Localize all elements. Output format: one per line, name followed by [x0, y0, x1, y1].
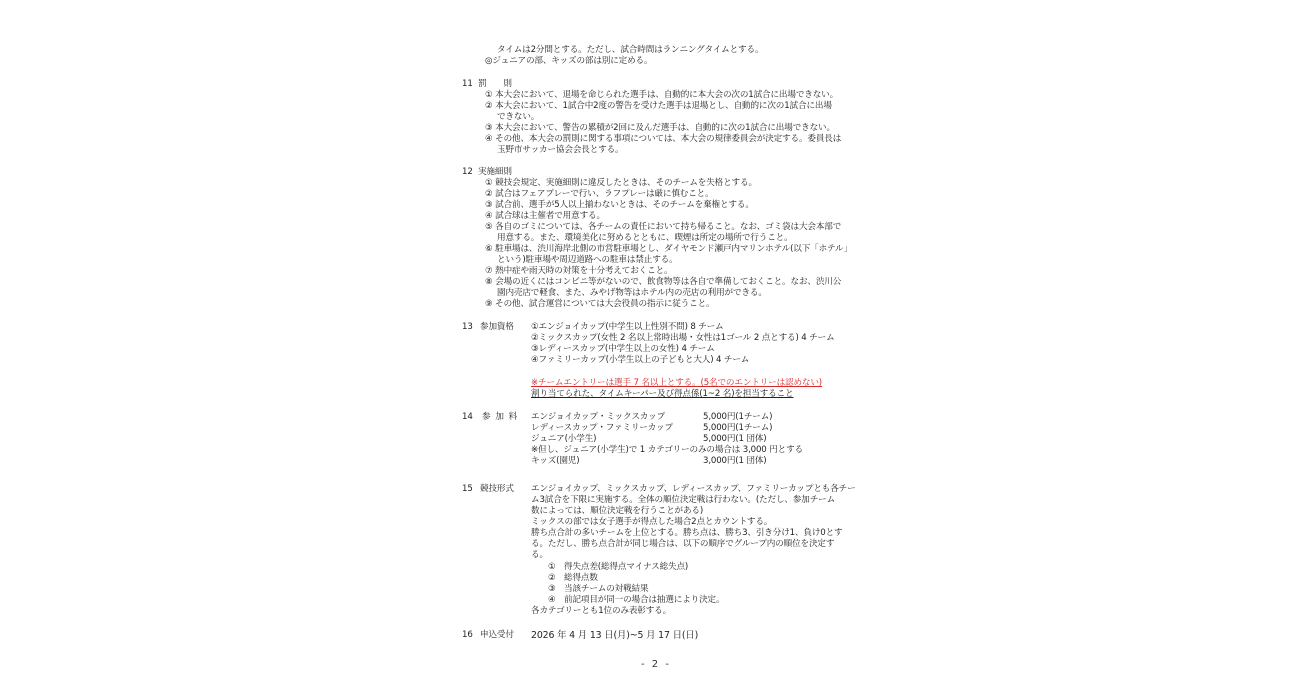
award-note: 各カテゴリーとも1位のみ表彰する。 — [531, 606, 671, 617]
section-title: 参加資格 — [480, 322, 514, 333]
rule-item: ⑨ その他、試合運営については大会役員の指示に従うこと。 — [485, 299, 715, 310]
rule-item-continuation: 園内売店で軽食、また、みやげ物等はホテル内の売店の利用ができる。 — [497, 288, 767, 299]
timekeeper-note: 割り当てられた、タイムキーパー及び得点係(1~2 名)を担当すること — [531, 389, 794, 400]
fee-category: ジュニア(小学生) — [531, 434, 596, 445]
rule-item-continuation: という)駐車場や周辺道路への駐車は禁止する。 — [497, 255, 678, 266]
intro-line: ◎ジュニアの部、キッズの部は別に定める。 — [485, 56, 652, 67]
entry-requirement-note: ※チームエントリーは選手 7 名以上とする。(5名でのエントリーは認めない) — [531, 378, 822, 389]
tiebreaker-item: ④ 前記項目が同一の場合は抽選により決定。 — [548, 595, 724, 606]
fee-category: キッズ(園児) — [531, 456, 579, 467]
section-title: 競技形式 — [480, 484, 514, 495]
tiebreaker-item: ② 総得点数 — [548, 573, 598, 584]
rule-item: ⑦ 熱中症や雨天時の対策を十分考えておくこと。 — [485, 266, 672, 277]
format-line: る。 — [531, 550, 548, 561]
format-line: エンジョイカップ、ミックスカップ、レディースカップ、ファミリーカップとも各チー — [531, 484, 856, 495]
fee-amount: 5,000円(1チーム) — [703, 412, 772, 423]
intro-line: タイムは2分間とする。ただし、試合時間はランニングタイムとする。 — [497, 45, 763, 56]
eligibility-item: ③レディースカップ(中学生以上の女性) 4 チーム — [531, 344, 715, 355]
tiebreaker-item: ③ 当該チームの対戦結果 — [548, 584, 648, 595]
eligibility-item: ②ミックスカップ(女性 2 名以上常時出場・女性は1ゴール 2 点とする) 4 … — [531, 333, 835, 344]
rule-item: ③ 試合前、選手が5人以上揃わないときは、そのチームを棄権とする。 — [485, 200, 754, 211]
fee-amount: 5,000円(1 団体) — [703, 434, 767, 445]
section-number: 14 — [462, 412, 473, 423]
section-title: 申込受付 — [480, 630, 514, 641]
rule-item: ④ その他、本大会の罰則に関する事項については、本大会の規律委員会が決定する。委… — [485, 134, 841, 145]
rule-item: ① 本大会において、退場を命じられた選手は、自動的に本大会の次の1試合に出場でき… — [485, 90, 838, 101]
eligibility-item: ④ファミリーカップ(小学生以上の子どもと大人) 4 チーム — [531, 355, 749, 366]
fee-category: レディースカップ・ファミリーカップ — [531, 423, 673, 434]
rule-item: ② 試合はフェアプレーで行い、ラフプレーは厳に慎むこと。 — [485, 189, 714, 200]
fee-note: ※但し、ジュニア(小学生)で 1 カテゴリーのみの場合は 3,000 円とする — [531, 445, 803, 456]
section-title: 罰 則 — [478, 79, 512, 90]
format-line: ミックスの部では女子選手が得点した場合2点とカウントする。 — [531, 517, 772, 528]
section-title: 実施細則 — [478, 167, 512, 178]
rule-item: ② 本大会において、1試合中2度の警告を受けた選手は退場とし、自動的に次の1試合… — [485, 101, 832, 112]
format-line: る。ただし、勝ち点合計が同じ場合は、以下の順序でグループ内の順位を決定す — [531, 539, 834, 550]
rule-item: ⑧ 会場の近くにはコンビニ等がないので、飲食物等は各自で準備しておくこと。なお、… — [485, 277, 841, 288]
rule-item: ① 競技会規定、実施細則に違反したときは、そのチームを失格とする。 — [485, 178, 757, 189]
format-line: ム3試合を下限に実施する。全体の順位決定戦は行わない。(ただし、参加チーム — [531, 495, 835, 506]
tiebreaker-item: ① 得失点差(総得点マイナス総失点) — [548, 562, 688, 573]
page-number: - 2 - — [641, 659, 671, 670]
eligibility-item: ①エンジョイカップ(中学生以上性別不問) 8 チーム — [531, 322, 724, 333]
fee-amount: 5,000円(1チーム) — [703, 423, 772, 434]
format-line: 数によっては、順位決定戦を行うことがある) — [531, 506, 703, 517]
document-page: タイムは2分間とする。ただし、試合時間はランニングタイムとする。 ◎ジュニアの部… — [0, 0, 1296, 691]
fee-category: エンジョイカップ・ミックスカップ — [531, 412, 665, 423]
rule-item: ④ 試合球は主催者で用意する。 — [485, 211, 605, 222]
section-number: 13 — [462, 322, 473, 333]
application-period: 2026 年 4 月 13 日(月)~5 月 17 日(日) — [531, 630, 698, 641]
rule-item: ⑥ 駐車場は、渋川海岸北側の市営駐車場とし、ダイヤモンド瀬戸内マリンホテル(以下… — [485, 244, 852, 255]
rule-item-continuation: 用意する。また、環境美化に努めるとともに、喫煙は所定の場所で行うこと。 — [497, 233, 793, 244]
section-number: 15 — [462, 484, 473, 495]
section-number: 16 — [462, 630, 473, 641]
section-number: 11 — [462, 79, 473, 90]
fee-amount: 3,000円(1 団体) — [703, 456, 767, 467]
rule-item: ⑤ 各自のゴミについては、各チームの責任において持ち帰ること。なお、ゴミ袋は大会… — [485, 222, 841, 233]
section-number: 12 — [462, 167, 473, 178]
rule-item-continuation: 玉野市サッカー協会会長とする。 — [497, 145, 624, 156]
rule-item: ③ 本大会において、警告の累積が2回に及んだ選手は、自動的に次の1試合に出場でき… — [485, 123, 835, 134]
section-title: 参 加 料 — [482, 412, 518, 423]
format-line: 勝ち点合計の多いチームを上位とする。勝ち点は、勝ち3、引き分け1、負け0とす — [531, 528, 843, 539]
rule-item-continuation: できない。 — [497, 112, 539, 123]
